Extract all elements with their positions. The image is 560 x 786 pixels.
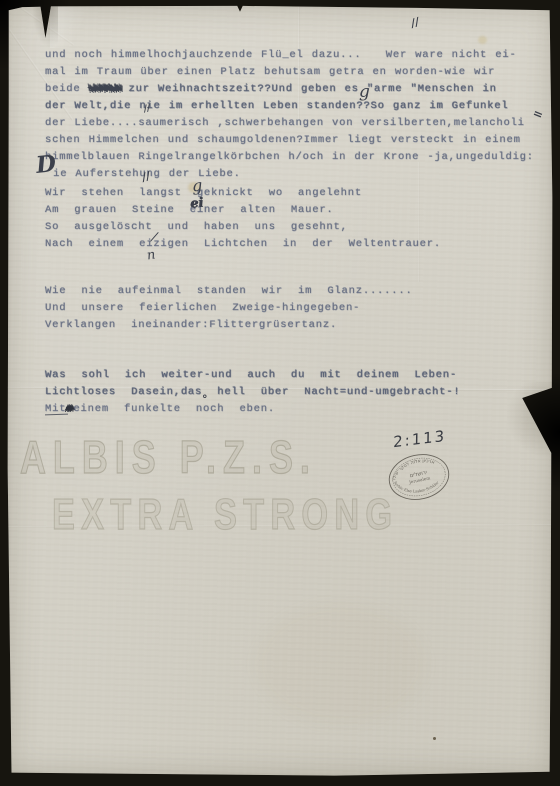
typed-line: himmelblauen Ringelrangelkörbchen h/och … [45,149,534,166]
handwritten-scribble-einer: ei [189,196,204,210]
typed-line: ie Auferstehung der Liebe. [45,166,534,183]
tear-fold-highlight [50,4,94,48]
tear-shadow [32,4,58,48]
archive-stamp-graphic: ארכיון אלזה לסקר־שילר ירושלים Jerusalem … [383,447,456,507]
typed-line: Verklangen ineinander:Flittergrüsertanz. [45,317,413,334]
watermark-line1: ALBIS P.Z.S. [20,430,317,484]
handwritten-correction-g: g [191,178,203,195]
typed-line: Was sohl ich weiter-und auch du mit dein… [45,367,460,384]
typed-line: Wir stehen langst geknickt wo angelehnt [45,185,441,202]
typed-stanza-2: Wie nie aufeinmal standen wir im Glanz..… [45,283,413,334]
struck-word: WHMMWH [89,83,121,95]
ink-speck [433,737,436,740]
typed-line: Wie nie aufeinmal standen wir im Glanz..… [45,283,413,300]
archive-stamp: ארכיון אלזה לסקר־שילר ירושלים Jerusalem … [383,447,456,507]
typed-line: Und unsere feierlichen Zweige-hingegeben… [45,300,413,317]
typed-line: Mitmeinem funkelte noch eben. [45,401,460,418]
diagonal-corner-crease [16,4,74,46]
typed-segment: zur Weihnachtszeit??Und geben es "arme "… [120,83,496,95]
typed-segment: beide [45,83,89,95]
typed-line: Nach einem eizigen Lichtchen in der Welt… [45,236,441,253]
typed-line: mal im Traum über einen Platz behutsam g… [45,64,534,81]
typed-stanza-3: Was sohl ich weiter-und auch du mit dein… [45,367,460,418]
typed-line: der Welt,die nie im erhellten Leben stan… [45,98,534,115]
typed-line: Lichtloses Dasein,das hell über Nacht=un… [45,384,460,401]
scanned-document-scene: { "document": { "description": "Scanned … [0,0,560,786]
typed-segment: einem funkelte noch eben. [73,403,275,415]
paper-stain [478,36,487,44]
handwritten-initial-D: D [35,152,57,177]
typed-stanza-1: Wir stehen langst geknickt wo angelehnt … [45,185,441,253]
typed-line: schen Himmelchen und schaumgoldenen?Imme… [45,132,534,149]
watermark-line2: EXTRA STRONG [52,490,398,540]
paper-stain [256,604,426,724]
typed-paragraph: und noch himmelhochjauchzende Flü_el daz… [45,47,534,183]
typed-line: Am grauen Steine einer alten Mauer. [45,202,441,219]
typed-line: der Liebe....saumerisch ,schwerbehangen … [45,115,534,132]
typed-line: So ausgelöscht und haben uns gesehnt, [45,219,441,236]
handwritten-correction-g: g [359,84,370,101]
manuscript-page: ALBIS P.Z.S. EXTRA STRONG und noch himme… [6,4,554,778]
inserted-letter-n: n [146,248,156,262]
typed-line: beide WHMMWH zur Weihnachtszeit??Und geb… [45,81,534,98]
handwritten-loop-mark: ° [202,394,208,405]
handwritten-umlaut-mark: // [143,104,152,114]
typed-line: und noch himmelhochjauchzende Flü_el daz… [45,47,534,64]
notch-shadow [506,382,554,458]
handwritten-umlaut-mark: // [409,16,420,29]
